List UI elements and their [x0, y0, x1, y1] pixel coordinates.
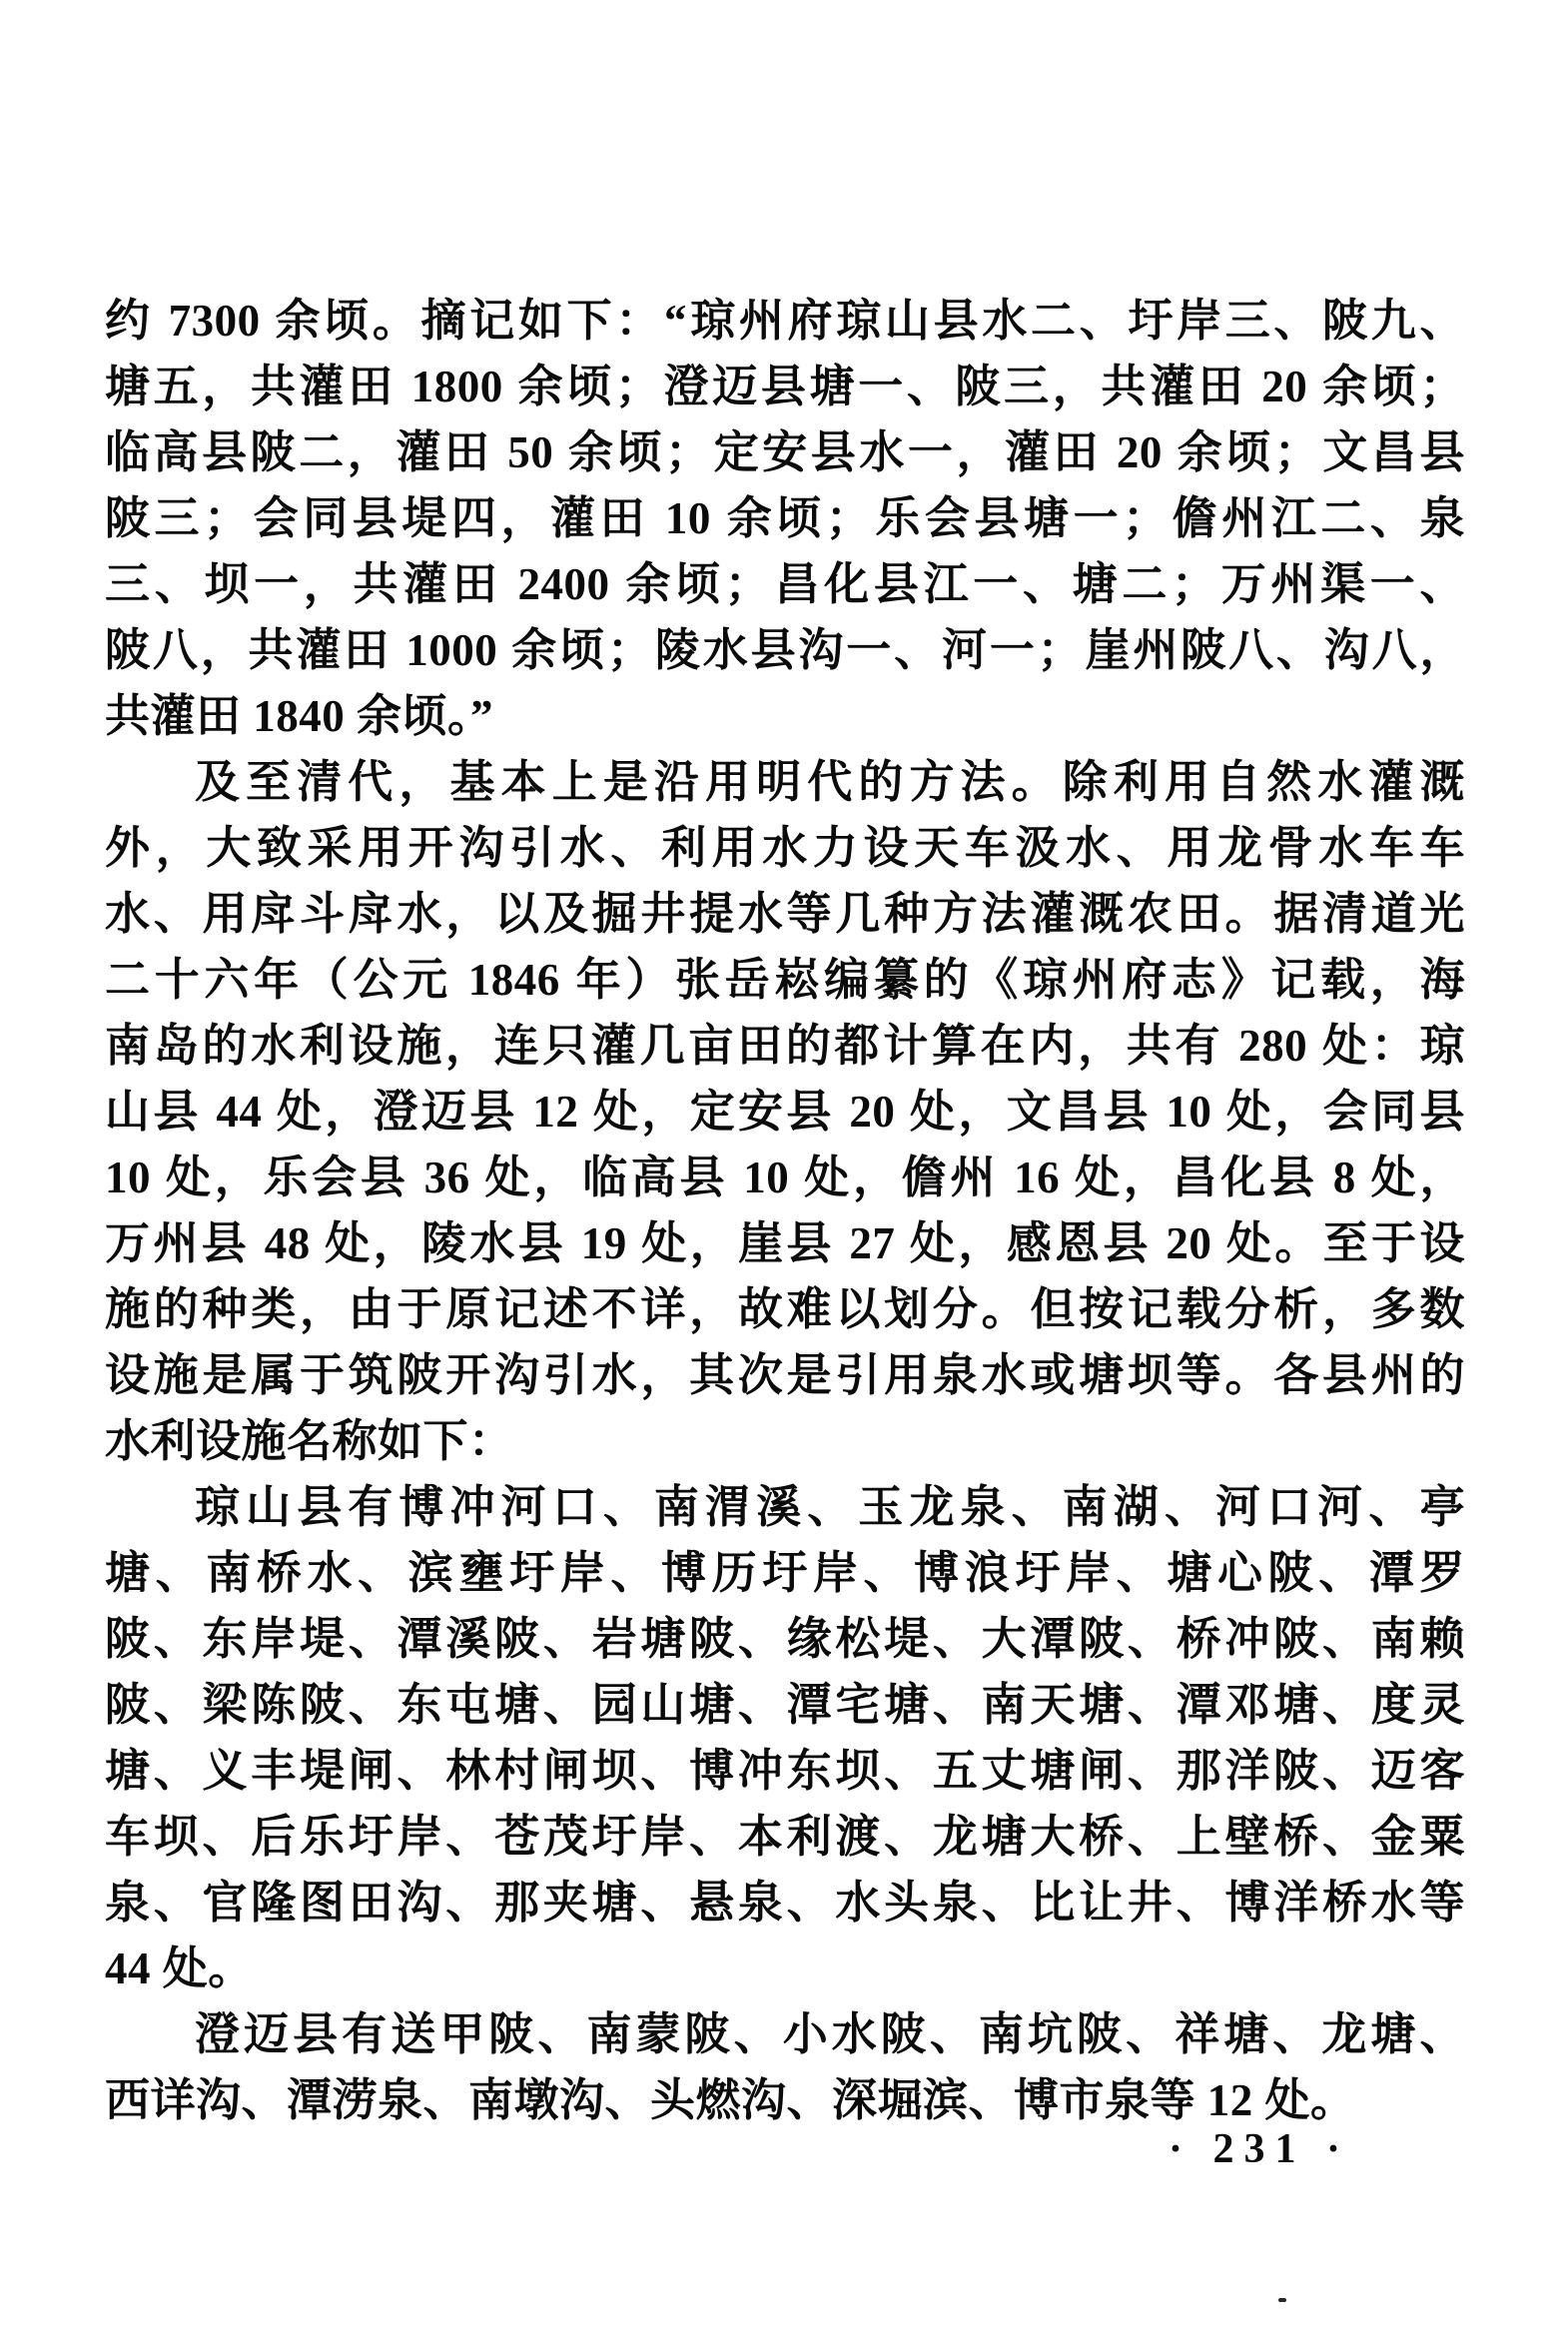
text-line: 及至清代，基本上是沿用明代的方法。除利用自然水灌溉: [105, 749, 1465, 815]
text-line: 施的种类，由于原记述不详，故难以划分。但按记载分析，多数: [105, 1276, 1465, 1342]
text-line: 设施是属于筑陂开沟引水，其次是引用泉水或塘坝等。各县州的: [105, 1342, 1465, 1408]
text-line: 44 处。: [105, 1936, 1465, 2001]
text-line: 澄迈县有送甲陂、南蒙陂、小水陂、南坑陂、祥塘、龙塘、: [105, 2001, 1465, 2067]
text-line: 三、坝一，共灌田 2400 余顷；昌化县江一、塘二；万州渠一、: [105, 551, 1465, 617]
text-line: 陂、梁陈陂、东屯塘、园山塘、潭宅塘、南天塘、潭邓塘、度灵: [105, 1672, 1465, 1738]
text-line: 塘五，共灌田 1800 余顷；澄迈县塘一、陂三，共灌田 20 余顷；: [105, 354, 1465, 419]
text-line: 塘、义丰堤闸、林村闸坝、博冲东坝、五丈塘闸、那洋陂、迈客: [105, 1738, 1465, 1804]
text-line: 水、用戽斗戽水，以及掘井提水等几种方法灌溉农田。据清道光: [105, 881, 1465, 947]
text-line: 南岛的水利设施，连只灌几亩田的都计算在内，共有 280 处：琼: [105, 1013, 1465, 1079]
text-line: 陂、东岸堤、潭溪陂、岩塘陂、缘松堤、大潭陂、桥冲陂、南赖: [105, 1606, 1465, 1672]
text-line: 万州县 48 处，陵水县 19 处，崖县 27 处，感恩县 20 处。至于设: [105, 1210, 1465, 1276]
body-text: 约 7300 余顷。摘记如下：“琼州府琼山县水二、圩岸三、陂九、塘五，共灌田 1…: [105, 288, 1465, 2133]
text-line: 二十六年（公元 1846 年）张岳崧编纂的《琼州府志》记载，海: [105, 947, 1465, 1013]
scan-speck: [1278, 2298, 1286, 2302]
text-line: 陂八，共灌田 1000 余顷；陵水县沟一、河一；崖州陂八、沟八，: [105, 617, 1465, 683]
text-line: 琼山县有博冲河口、南渭溪、玉龙泉、南湖、河口河、亭: [105, 1474, 1465, 1540]
text-line: 共灌田 1840 余顷。”: [105, 683, 1465, 749]
text-line: 水利设施名称如下：: [105, 1408, 1465, 1474]
text-line: 陂三；会同县堤四，灌田 10 余顷；乐会县塘一；儋州江二、泉: [105, 485, 1465, 551]
book-page: 约 7300 余顷。摘记如下：“琼州府琼山县水二、圩岸三、陂九、塘五，共灌田 1…: [0, 0, 1568, 2333]
text-line: 山县 44 处，澄迈县 12 处，定安县 20 处，文昌县 10 处，会同县: [105, 1079, 1465, 1145]
page-number: · 231 ·: [1169, 2125, 1350, 2173]
text-line: 临高县陂二，灌田 50 余顷；定安县水一，灌田 20 余顷；文昌县: [105, 419, 1465, 485]
text-line: 泉、官隆图田沟、那夹塘、悬泉、水头泉、比让井、博洋桥水等: [105, 1870, 1465, 1936]
text-line: 车坝、后乐圩岸、苍茂圩岸、本利渡、龙塘大桥、上壁桥、金粟: [105, 1804, 1465, 1870]
text-line: 约 7300 余顷。摘记如下：“琼州府琼山县水二、圩岸三、陂九、: [105, 288, 1465, 354]
text-line: 外，大致采用开沟引水、利用水力设天车汲水、用龙骨水车车: [105, 815, 1465, 881]
text-line: 10 处，乐会县 36 处，临高县 10 处，儋州 16 处，昌化县 8 处，: [105, 1145, 1465, 1210]
text-line: 塘、南桥水、滨壅圩岸、博历圩岸、博浪圩岸、塘心陂、潭罗: [105, 1540, 1465, 1606]
text-line: 西详沟、潭涝泉、南墩沟、头燃沟、深堀滨、博市泉等 12 处。: [105, 2067, 1465, 2133]
